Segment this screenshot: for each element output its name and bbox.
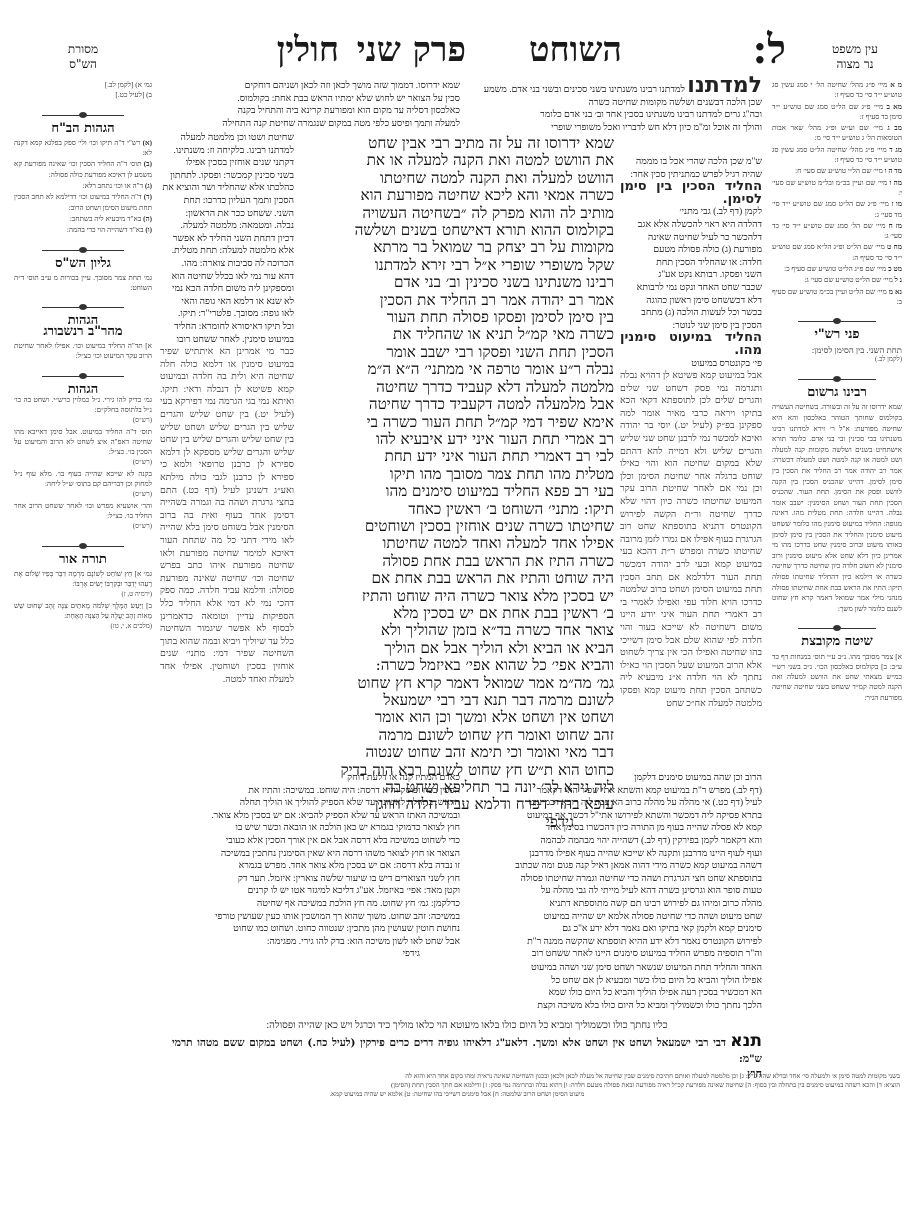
- ein-mishpat: מ א מיי׳ פ״ג מהל׳ שחיטה הל׳ י סמג עשין ס…: [772, 80, 902, 307]
- folio-number: ל:: [753, 26, 786, 73]
- ornament-divider: [798, 373, 876, 385]
- gemara-line: רב אמרי תחת העור איני ידע איבעיא להו: [318, 431, 614, 448]
- rashi-line: אלא מלמטה למעלה: תחת מטלית.: [160, 245, 294, 258]
- hagahot-ranshburg-subtitle: מהר"ב רנשבורג: [14, 327, 152, 337]
- ein-mishpat-entry: מח ט מיי׳ שם הל״ט ופ״ג הל״א סמג שם טוש״ע…: [772, 242, 902, 263]
- tosafot-dibur-hamatchil: החליד הסכין בין סימן לסימן.: [620, 181, 762, 206]
- tosafot-line: טעות סופר הוא וגרסינן כשרה דהא לעיל מיית…: [472, 885, 762, 898]
- masoret-hashas: גמ׳ א) [לקמן לב.] ב) [לעיל כט.]: [14, 80, 152, 101]
- masoret-header-line-2: הש"ס: [48, 57, 118, 72]
- entry-text: רש"י ד"ה תיקו וכו׳ ולי׳ ספק בפלגא קמא דק…: [14, 139, 152, 157]
- entry-mark: (ג): [145, 182, 152, 190]
- gemara-line: אמר רב יהודה אמר רב החליד את הסכין: [318, 292, 614, 309]
- tosafot-line: ועוף לעוף היינו מדרבנן ותקנה לא שייכא שה…: [472, 848, 762, 861]
- ornament-divider: [42, 540, 125, 552]
- ornament-divider: [42, 301, 125, 313]
- gemara-line: בקולמוס ההוא תורא דאישחט בשנים ושלשה: [318, 222, 614, 239]
- entry-text: ד"ה או וכו׳ נתחב רלא:: [83, 182, 143, 190]
- gemara-line: מטלית מהו תחת צמר מסובך מהו תיקו: [318, 466, 614, 483]
- tosafot-line: דהלדה היא ראוי להכשלה אלא אגב: [620, 219, 762, 232]
- gemara-line: אפילו אחד למעלה ואחד למטה שחיטתו: [318, 535, 614, 552]
- ein-mishpat-header-line-2: נר מצוה: [810, 57, 900, 72]
- entry-text: בקנה לא שייבא שהייה בעוף בו׳. מלא עוף נ״…: [14, 470, 152, 488]
- shita-mekubetzet-text: א] צמר מסובך מהו. נ״ב ע״י תוס׳ במנחות דף…: [772, 652, 902, 703]
- tosafot-dibur-hamatchil: החליד במיעוט סימנין מהו.: [620, 332, 762, 357]
- bottom-lead-word: תנא: [730, 1031, 762, 1051]
- entry-mark: (א): [143, 139, 152, 147]
- tosafot-line: והא דקאמר לקמן בפירקין (דף לב.) דשהייה י…: [472, 835, 762, 848]
- gemara-line: בין סימן לסימן ופסקו פסולה תחת העור: [318, 309, 614, 326]
- entry-mark: מג ד: [889, 146, 902, 154]
- entry-mark: מד ה ו: [885, 167, 902, 175]
- entry-text: מיי׳ שם הל״ט טוש״ע שם סעי׳ ג:: [804, 276, 892, 284]
- entry-text: מיי׳ שם הל״ט ועיין בכ״מ טוש״ע שם סעיף ב:: [772, 288, 902, 306]
- entry-text: מיי׳ שם פ״ג הל״ט טוש״ע שם סעיף כ:: [784, 265, 886, 273]
- rashi-line: כאלכסון דסליה עד מקום הוא ומפורעת קרינא …: [160, 105, 460, 118]
- chapter-number: פרק שני: [357, 30, 466, 70]
- rashi-body: שחיטת ושטו וכן מלמטה למעלה למדתנו רבינו.…: [160, 132, 294, 686]
- tosafot-line: קמא לא פסלה שהייה בעוף מן התורה כיון דהכ…: [472, 822, 762, 835]
- ein-mishpat-entry: מג ד מיי׳ פ״ג מהל׳ שחיטה הל״ט סמג עשין ס…: [772, 145, 902, 166]
- gemara-line: רבינו משנתינו בשני סכינין וב׳ בני אדם: [318, 274, 614, 291]
- bottom-note-line: בשני מקומות למטה סימן א׳ ולמעלה סי׳ אחד …: [14, 1072, 900, 1081]
- ein-mishpat-entry: מו ז מיי׳ פ״ג שם הל״ט סמג שם טוש״ע י״ד ס…: [772, 199, 902, 220]
- entry-text: תוס׳ ד"ה החליד במיעוט. אבל סימן דאייבא מ…: [14, 428, 152, 457]
- pnei-rashi-title: פני רש"י: [772, 330, 902, 340]
- entry-text: מיי׳ שם הל״י טוש״ע שם סעי׳ ח:: [795, 167, 883, 175]
- rabbenu-gershom-title: רבינו גרשום: [772, 388, 902, 398]
- ein-mishpat-entry: נ ל מיי׳ שם הל״ט טוש״ע שם סעי׳ ג:: [772, 275, 902, 285]
- rashi-line: הסכין ותמך העליון כדרכו: תחת: [160, 195, 294, 208]
- gra-entry: בקנה לא שייבא שהייה בעוף בו׳. מלא עוף נ״…: [14, 469, 152, 500]
- rashi-bottom: כאדם המתיז קנה או דלעת דוחק הסכין בכח ופ…: [160, 772, 460, 961]
- ein-mishpat-entry: מט כ מיי׳ שם פ״ג הל״ט טוש״ע שם סעיף כ:: [772, 264, 902, 274]
- gemara-line: לשונם מרמה דבר תנא דבי רבי ישמעאל: [318, 692, 614, 709]
- tosafot-body: ש"מ שכן הלכה שהרי אכל בו מממה שהיה רגיל …: [620, 156, 762, 710]
- rashi-line: כאדם המתיז קנה או דלעת דוחק: [160, 772, 460, 785]
- gemara-line: יש בסכין מלא צואר כשרה היה שוחט והתיז: [318, 588, 614, 605]
- gilyon-hashas-title: גליון הש"ס: [14, 259, 152, 269]
- right-margin: מ א מיי׳ פ״ג מהל׳ שחיטה הל׳ י סמג עשין ס…: [772, 80, 902, 703]
- rashi-line: ובמשיכה האתז הראש עד שלא הספיק להביא: אם…: [160, 810, 460, 823]
- entry-ref: (רש״ס): [14, 458, 152, 468]
- masoret-header-line-1: מסורת: [48, 42, 118, 57]
- tosafot-line: מהלה כרוב ומיהו גם לפירוש רבינו תם קשה מ…: [472, 898, 762, 911]
- ein-mishpat-entry: מה ו מיי׳ שם ועיין בכ״מ ובל״מ טוש״ע שם ס…: [772, 178, 902, 199]
- rashi-line: כדלקמן: גמ׳ חץ שחוט. מה חץ הולכת במשיכה …: [160, 898, 460, 911]
- entry-text: גמ׳ בדיק להו גירי. נ״ל כמלוין כרש״י. ושח…: [14, 396, 152, 414]
- gemara-line: אימא שפיר דמי קמ״ל תחת העור כשרה בי: [318, 414, 614, 431]
- ein-mishpat-entry: מ א מיי׳ פ״ג מהל׳ שחיטה הל׳ י סמג עשין ס…: [772, 80, 902, 101]
- rashi-line: וכל תיקו דאיסורא לחומרא: החליד: [160, 321, 294, 334]
- ein-mishpat-header: עין משפט נר מצוה: [810, 42, 900, 72]
- gemara-line: היה שוחט והתיז את הראש בבת אחת אם: [318, 570, 614, 587]
- tosafot-line: בתרא פסיקה ליה דמכשר והשתא לפירושו אתי"ל…: [472, 810, 762, 823]
- torah-or-entry: ב] וַיַּעַשׂ הַמֶּלֶךְ שְׁלֹמֹה מָאתַיִם…: [14, 601, 152, 632]
- entry-text: ד"ה החליד במיעוט וכו׳ דדילמא לא תחב הסכי…: [14, 193, 152, 211]
- rashi-line: שחיטת ושטו וכן מלמטה למעלה: [160, 132, 294, 145]
- tosafot-line: בתוספתא שחט חצי הגרגרת ושהה כדי שחיטה וג…: [472, 873, 762, 886]
- entry-mark: מט כ: [888, 265, 902, 273]
- rashi-line: לא שנא או דלמא האי גופה והאי: [160, 296, 294, 309]
- gemara-line: את הוושט למטה ואת הקנה למעלה או את: [318, 152, 614, 169]
- bottom-note-line: הוציא: ד] והכא רשהה במיעוט סימנים בין בת…: [14, 1081, 900, 1090]
- gra-entry: והר׳ אושעיא מפרש ובו׳ לאחר ששחט הרוב אחר…: [14, 501, 152, 532]
- ein-mishpat-header-line-1: עין משפט: [810, 42, 900, 57]
- gemara-line: בעי רב פפא החליד במיעוט סימנים מהו: [318, 483, 614, 500]
- entry-mark: מח ט: [887, 243, 902, 251]
- ornament-divider: [798, 315, 876, 327]
- ornament-divider: [798, 622, 876, 634]
- gemara-line: הוושט למעלה ואת הקנה למטה שחיטתו: [318, 170, 614, 187]
- rashi-line: אבל שחט לאו לשון משיכה הוא: בדק להו גירי…: [160, 936, 460, 949]
- entry-text: מיי׳ שם הל״ט ופ״ג הל״א סמג שם טוש״ע י״ד …: [772, 243, 902, 261]
- ornament-divider: [42, 109, 125, 121]
- entry-mark: מו ז: [891, 200, 902, 208]
- tosafot-line: שכבר שחט האחד ונקט נמי לרבותא: [620, 282, 762, 295]
- gemara-line: כשרה מאי קמ״ל תניא או שהחליד את: [318, 326, 614, 343]
- hagahot-gra-title: הגהות: [14, 385, 152, 395]
- tosafot-line: הא דמכשיר בסכין רעה אפילו הוליך והביא כל…: [172, 987, 762, 1000]
- entry-ref: (רש״ס): [14, 522, 152, 532]
- gra-entry: גמ׳ בדיק להו גירי. נ״ל כמלוין כרש״י. ושח…: [14, 395, 152, 426]
- ein-mishpat-entry: מד ה ו מיי׳ שם הל״י טוש״ע שם סעי׳ ח:: [772, 166, 902, 176]
- gemara-line: זהב שחוט ואומר חץ שחוט לשונם מרמה: [318, 727, 614, 744]
- rashi-line: גידפי: [160, 948, 460, 961]
- rashi-line: וקטן מאד: אפי׳ באיזמל. אע"ג דליכא למיגזר…: [160, 885, 460, 898]
- entry-mark: (ו): [145, 226, 152, 234]
- entry-text: מיי׳ פ״ג שם הל״ט סמג שם טוש״ע י״ד סי׳ מד…: [772, 200, 902, 218]
- entry-text: תוס׳ ד"ה החליד הסכין וכו׳ שאינה מפורעת ק…: [14, 160, 152, 178]
- gemara-line: מקומות על רב יצחק בר שמואל בר מרתא: [318, 239, 614, 256]
- rashi-filler: כבר מי אמרינן הא איתתיש שפיר במיעוט סימנ…: [160, 346, 294, 686]
- rashi-line: דקתני שנים אוחזין בסכין אפילו: [160, 157, 294, 170]
- pnei-rashi-text: תחת השני. בין הסימן לסימן:: [772, 345, 902, 355]
- rashi-top: שמא ידרוסו. דממוך שזה מושך לכאן וזה לכאן…: [160, 80, 460, 130]
- entry-text: מיי׳ פ״ג שם הל״ט סמג שם טוש״ע י״ד סימן כ…: [772, 103, 902, 121]
- gemara-line: והביא אפי׳ כל שהוא אפי׳ באיזמל כשרה:: [318, 657, 614, 674]
- gemara-line: ב׳ ראשין בבת אחת אם יש בסכין מלא: [318, 605, 614, 622]
- rashi-line: הראש. בתחלה לאשונה עד שלא הספיק להוליך א…: [160, 797, 460, 810]
- ornament-divider: [42, 244, 125, 256]
- gemara-line: שמא ידרוסו זה על זה מתיב רבי אבין שחט: [318, 135, 614, 152]
- gemara-column: שמא ידרוסו זה על זה מתיב רבי אבין שחט את…: [318, 135, 614, 831]
- gemara-line: נבלה ר״ע אומר טרפה אי ממתני׳ ה״א ה״מ: [318, 361, 614, 378]
- rashi-line: כדי לשחוט במשיכה בלא דרסה אבל אם אין אור…: [160, 835, 460, 848]
- rabbenu-gershom-text: שמא ידרוסו זה על זה ובשורה. בשחיטה העשוי…: [772, 402, 902, 614]
- tosafot-line: האחד והחליד תחת המיעוט שנשאר ושחט סימן ש…: [172, 962, 762, 975]
- gilyon-hashas-text: גמ׳ תחת צמר מסובך. עיין בכורות מ ע״ב תוס…: [14, 273, 152, 294]
- tosafot-line: והולך זה אוכל ומ"מ כיון דלא חש לדבריו וא…: [462, 122, 762, 135]
- rashi-line: דהא עור נמי לאו בכלל שחיטה הוא: [160, 271, 294, 284]
- rashi-line: הכרוכה לה סביבות צוארה: מהו.: [160, 258, 294, 271]
- rashi-line: למדתנו רבינו. בלקיחה וז: משנתינו.: [160, 145, 294, 158]
- gemara-line: לבי רב דאמרי תחת העור איני ידע תחת: [318, 448, 614, 465]
- gemara-line: הסכין תחת השני ופסקו רבי ישבב אומר: [318, 344, 614, 361]
- habach-entry: (א) רש"י ד"ה תיקו וכו׳ ולי׳ ספק בפלגא קמ…: [14, 138, 152, 159]
- tosafot-line: השני ופסקו. רבותא נקט אע"ג: [620, 269, 762, 282]
- habach-entry: (ד) ד"ה החליד במיעוט וכו׳ דדילמא לא תחב …: [14, 192, 152, 213]
- pnei-rashi-ref: (לקמן לב.): [772, 355, 902, 365]
- rashi-line: השני. ששחט ככר את הראשון:: [160, 208, 294, 221]
- gemara-line: דבר מאי ואומר וכי תימא זהב שחוט שנטוה: [318, 744, 614, 761]
- habach-entry: (ו) בא"ד דשהייה הוי כדי בהמה:: [14, 225, 152, 235]
- tosafot-line: (דף לב.) מפרש ר"ת במיעוט קמא והשתא אתי ש…: [472, 785, 762, 798]
- tosafot-bottom: הרוב וכן שהה במיעוט סימנים דלקמן (דף לב.…: [472, 772, 762, 961]
- rashi-line: סכין על הצואר יש לחוש שלא ימתיו הראש בבת…: [160, 93, 460, 106]
- entry-text: מיי׳ פ״ג מהל׳ שחיטה הל׳ י סמג עשין סג טו…: [772, 81, 902, 99]
- rashi-line: הצואר או חוץ לצואר משהו דרסה היא שאין הס…: [160, 848, 460, 861]
- ein-mishpat-entry: מב ג מיי׳ שם וע״ש ופ״ג מהל׳ שאר אבות הטו…: [772, 123, 902, 144]
- tosafot-line: אפילו הוליך והביא כל היום כולו כשר ומבעי…: [172, 975, 762, 988]
- masoret-line: גמ׳ א) [לקמן לב.]: [14, 80, 152, 90]
- entry-ref: (מלכים א, י, טז): [14, 622, 152, 632]
- tosafot-line: לפירוש הקונטרס נאמר דלא ידע ההיא תוספתא …: [472, 936, 762, 949]
- ein-mishpat-entry: מא ב מיי׳ פ״ג שם הל״ט סמג שם טוש״ע י״ד ס…: [772, 102, 902, 123]
- rashi-line: נבלה. ומטמאה: מלמטה למעלה.: [160, 220, 294, 233]
- tosafot-line: חלדה: או שהחליד הסכין תחת: [620, 257, 762, 270]
- tosafot-filler: אבל במיעוט קמא פשיטא לן דהויא נבלה ותגרמ…: [620, 370, 762, 710]
- entry-text: מיי׳ שם ועיין בכ״מ ובל״מ טוש״ע שם סעי׳ י…: [772, 179, 902, 197]
- entry-mark: מז ח: [888, 222, 902, 230]
- rashi-line: במשיכה: זהב שחוט. משוך שהוא רך המושכין א…: [160, 911, 460, 924]
- gemara-line: מותיב לה והוא מפרק לה ״בשחיטה העשויה: [318, 205, 614, 222]
- entry-text: גמ׳ א] חֵץ שׁוֹחֵט לְשׁוֹנָם מִרְמָה דִב…: [14, 570, 152, 588]
- ein-mishpat-entry: מז ח מיי׳ שם הל׳ סמג שם טוש״ע י״ד סי׳ כד…: [772, 221, 902, 242]
- rashi-line: שמא ידרוסו. דממוך שזה מושך לכאן וזה לכאן…: [160, 80, 460, 93]
- habach-entry: (ב) תוס׳ ד"ה החליד הסכין וכו׳ שאינה מפור…: [14, 159, 152, 180]
- tosafot-top: למדתנו למדתנו רבינו משנתינו בשני סכינים …: [462, 80, 762, 134]
- rashi-line: נחושת חוטין שעושין מהן מתכין: שנטווה כחו…: [160, 923, 460, 936]
- tosafot-line: שחט מיעוט ושהה כדי שחיטה פסולה אלמא יש ש…: [472, 911, 762, 924]
- ein-mishpat-entry: נא מ מיי׳ שם הל״ט ועיין בכ״מ טוש״ע שם סע…: [772, 287, 902, 308]
- entry-text: בא"ד דשהייה הוי כדי בהמה:: [67, 226, 144, 234]
- rashi-line: ומספקינן ליה משום חלדה הכא נמי: [160, 283, 294, 296]
- gra-entry: תוס׳ ד"ה החליד במיעוט. אבל סימן דאייבא מ…: [14, 427, 152, 468]
- rashi-line: בשני סכינין קמכשר: ופסקו. לתחתון: [160, 170, 294, 183]
- ornament-divider: [42, 370, 125, 382]
- habach-entry: (ה) בא"ד מיבעיא ליה בשתחב:: [14, 214, 152, 224]
- bottom-notes: בשני מקומות למטה סימן א׳ ולמעלה סי׳ אחד …: [14, 1072, 900, 1100]
- entry-mark: מא ב: [887, 103, 903, 111]
- gemara-line: צואר אחד כשרה בד״א בזמן שהוליך ולא: [318, 622, 614, 639]
- tosafot-line: הרוב וכן שהה במיעוט סימנים דלקמן: [472, 772, 762, 785]
- rashi-line: חוץ לצואר כדמוקי בגמרא יש כאן הולכה או ה…: [160, 822, 460, 835]
- gemara-line: כשרה התיז את הראש בבת אחת פסולה: [318, 553, 614, 570]
- entry-ref: (רש״ס): [14, 490, 152, 500]
- gemara-line: הביא או הביא ולא הוליך אבל אם הוליך: [318, 640, 614, 657]
- entry-mark: (ה): [143, 215, 152, 223]
- tosafot-bottom-wide: האחד והחליד תחת המיעוט שנשאר ושחט סימן ש…: [172, 962, 762, 1012]
- habach-entry: (ג) ד"ה או וכו׳ נתחב רלא:: [14, 181, 152, 191]
- rashi-line: דכיון דתחת השני החליד לא אפשר: [160, 233, 294, 246]
- tractate-name: חולין: [277, 30, 339, 70]
- rashi-line: כהלכתו אלא שהחליד ושר והוציא את: [160, 182, 294, 195]
- tosafot-line: וכה"ג גרים למדתנו רבינו משנתינו בסכין אח…: [462, 109, 762, 122]
- entry-text: מיי׳ פ״ג מהל׳ שחיטה הל״ט סמג עשין סג טוש…: [772, 146, 902, 164]
- tosafot-line: דלהכשר כר לעיל שחיטה שאינה: [620, 232, 762, 245]
- tosafot-line: לעיל (דף כט.) אי מהלה על מהלה כרוב הא עב…: [472, 797, 762, 810]
- masoret-hashas-header: מסורת הש"ס: [48, 42, 118, 72]
- gemara-line: גמ׳ מה״מ אמר שמואל דאמר קרא חץ שחוט: [318, 675, 614, 692]
- tosafot-line: סימנים קמא ולקמן קאי בתיקו ואם נאמר דלא …: [472, 923, 762, 936]
- entry-ref: (רש״ס): [14, 416, 152, 426]
- entry-mark: נ ל: [895, 276, 903, 284]
- entry-text: מיי׳ שם וע״ש ופ״ג מהל׳ שאר אבות הטומאות …: [772, 124, 902, 142]
- entry-mark: מב ג: [887, 124, 902, 132]
- hagahot-habach-title: הגהות הב"ח: [14, 124, 152, 134]
- tosafot-line: הלכך נחתך כולו וכשמוליך ומביא כל היום כו…: [172, 1000, 762, 1013]
- shita-mekubetzet-title: שיטה מקובצת: [772, 637, 902, 647]
- hagahot-ranshburg-text: א] תד"ה החליד במיעוט וכו׳. אפילו לאחר שח…: [14, 341, 152, 362]
- entry-mark: נא מ: [889, 288, 902, 296]
- entry-text: בא"ד מיבעיא ליה בשתחב:: [70, 215, 141, 223]
- gemara-line: אבל מלמעלה למטה דקעביד כדרך שחיטה: [318, 396, 614, 413]
- rashi-line: חוץ לשני הצוארים דיש בו שיעור שלשה צוארי…: [160, 873, 460, 886]
- gemara-line: שחיטתו כשרה שנים אוחזין בסכין ושוחטים: [318, 518, 614, 535]
- entry-text: ב] וַיַּעַשׂ הַמֶּלֶךְ שְׁלֹמֹה מָאתַיִם…: [14, 602, 152, 620]
- rashi-line: זו נבדה בלא דרסה: אם יש בסכין מלא צואר א…: [160, 860, 460, 873]
- tosafot-line: לקמן (דף לב.) גבי מתני׳: [620, 206, 762, 219]
- tosafot-line: בכשר וכל לעשות הולכה (ג) מתחב: [620, 307, 762, 320]
- entry-mark: (ד): [144, 193, 152, 201]
- bottom-text-tana-line: תנא דבי רבי ישמעאל ושחט אין ושחט אלא ומש…: [172, 1033, 762, 1067]
- torah-or-title: תורה אור: [14, 555, 152, 565]
- tosafot-lead-word: למדתנו: [687, 73, 762, 98]
- bottom-note-line: מיעוט הסימן ושחט הרוב שלמטה: ח] אבל סימנ…: [14, 1090, 900, 1099]
- gemara-line: ושחט אין ושחט אלא ומשך וכן הוא אומר: [318, 709, 614, 726]
- masoret-line: ב) [לעיל כט.]: [14, 90, 152, 100]
- entry-mark: מה ו: [890, 179, 902, 187]
- rashi-line: למעלה ותמך ופיסע כלפי מטה במקום שנגמרה ש…: [160, 118, 460, 131]
- tosafot-line: פי׳ בקונטרס במיעוט: [620, 358, 762, 371]
- entry-text: מיי׳ שם הל׳ סמג שם טוש״ע י״ד סי׳ כד סעי׳…: [772, 222, 902, 240]
- entry-mark: מ א: [890, 81, 902, 89]
- rashi-line: במיעוט סימנין. לאחר ששחט רובו: [160, 334, 294, 347]
- chapter-name: השוחט: [529, 30, 622, 70]
- rashi-line: לאו גופה: מסובך. פלטרי"ר: תיקו.: [160, 308, 294, 321]
- tosafot-line: דלא דכששחט סימן ראשון כהוגה: [620, 295, 762, 308]
- tosafot-line-text: למדתנו רבינו משנתינו בשני סכינים ובשני ב…: [484, 85, 685, 95]
- bottom-text: כליו נחתך כולו וכשמוליך ומביא כל היום כו…: [172, 1020, 762, 1080]
- entry-ref: (ירמיה ט, ז): [14, 590, 152, 600]
- bottom-text-line: דבי רבי ישמעאל ושחט אין ושחט אלא ומשך. ד…: [172, 1037, 762, 1065]
- bottom-text-line: כליו נחתך כולו וכשמוליך ומביא כל היום כו…: [172, 1020, 762, 1033]
- gemara-line: כשרה אמאי והא ליכא שחיטה מפורעת הוא: [318, 187, 614, 204]
- rashi-line: הסכין בכח ופוסק והיא דרסה: היה שוחט. במש…: [160, 785, 460, 798]
- gemara-line: שקל משופרי שופרי א״ל רבי זירא למדתנו: [318, 257, 614, 274]
- tosafot-line: למדתנו למדתנו רבינו משנתינו בשני סכינים …: [462, 80, 762, 97]
- tosafot-line: מפורעת (ג) כולה פסולה מטעם: [620, 244, 762, 257]
- tosafot-line: ש"מ שכן הלכה שהרי אכל בו מממה: [620, 156, 762, 169]
- entry-text: והר׳ אושעיא מפרש ובו׳ לאחר ששחט הרוב אחר…: [14, 502, 152, 520]
- left-margin: גמ׳ א) [לקמן לב.] ב) [לעיל כט.] הגהות הב…: [14, 80, 152, 633]
- entry-mark: (ב): [144, 160, 152, 168]
- gemara-line: מלמטה למעלה דלא קעביד כדרך שחיטה: [318, 379, 614, 396]
- tosafot-line: דשהה במיעוט קמא כשרה מידי דהוה אמאן דאיל…: [472, 860, 762, 873]
- tosafot-line: וה"ר תוספיה מפרש החליד במיעוט סימנים היי…: [472, 948, 762, 961]
- gemara-line: תיקו: מתני׳ השוחט ב׳ ראשין כאחד: [318, 501, 614, 518]
- tosafot-line: שכן הלכה דבשנים ושלשה מקומות שחיטה כשרה: [462, 97, 762, 110]
- torah-or-entry: גמ׳ א] חֵץ שׁוֹחֵט לְשׁוֹנָם מִרְמָה דִב…: [14, 569, 152, 600]
